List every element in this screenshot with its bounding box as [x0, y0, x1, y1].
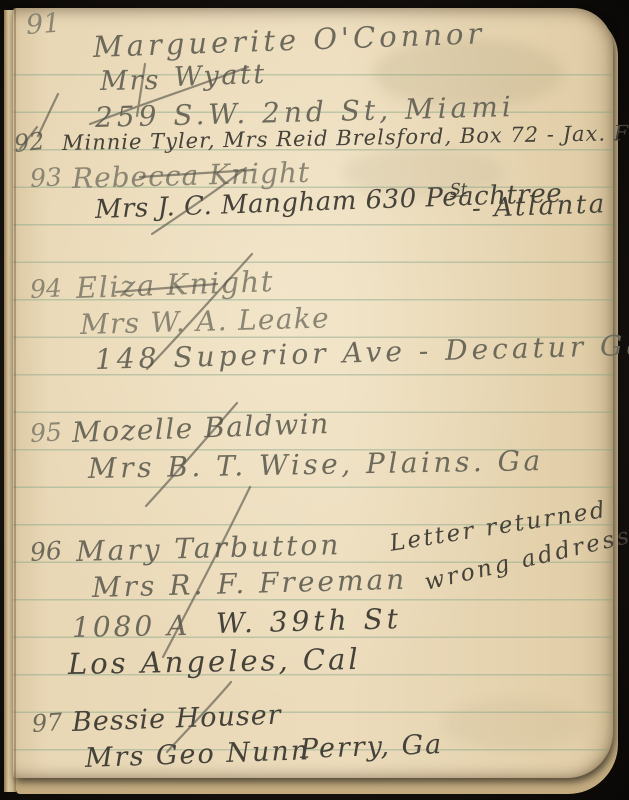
entry-97-number: 97 — [31, 708, 63, 738]
entry-92-number: 92 — [13, 127, 46, 158]
entry-93-number: 93 — [29, 162, 62, 193]
entry-96-address1b: W. 39th St — [216, 602, 403, 640]
entry-91-crossed-name: Wyatt — [173, 59, 267, 93]
entry-97-place: Perry, Ga — [299, 729, 443, 765]
notebook-photo: 91 Marguerite O'Connor Mrs Wyatt 259 S.W… — [0, 0, 629, 800]
entry-94-number: 94 — [29, 273, 62, 304]
entry-96-address1a: 1080 A — [72, 609, 191, 644]
entry-91-line2-prefix: Mrs — [100, 65, 161, 97]
entry-96-number: 96 — [29, 536, 63, 567]
entry-91-number: 91 — [25, 8, 61, 41]
entry-96-crossed-name: Mary Tarbutton — [76, 528, 342, 568]
entry-93-street-superscript: St — [450, 179, 468, 199]
entry-94-crossed-name: Eliza Knight — [75, 264, 274, 305]
entry-96-address2: Los Angeles, Cal — [68, 642, 361, 681]
entry-93-line2-end: - Atlanta — [471, 189, 607, 224]
entry-94-line2: Mrs W. A. Leake — [80, 301, 331, 341]
entry-95-number: 95 — [29, 417, 62, 448]
page-edge-crease — [14, 8, 16, 778]
ink-showthrough-smudge — [443, 698, 583, 748]
